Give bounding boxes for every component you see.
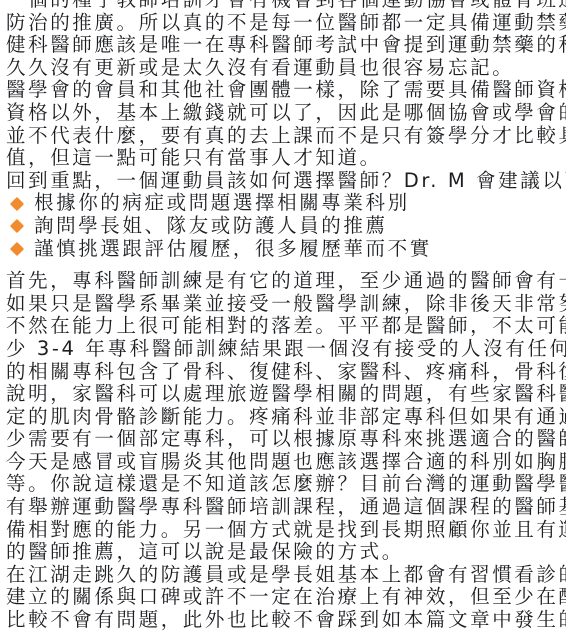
- list-item-text: 謹慎挑選跟評估履歷，很多履歷華而不實: [34, 238, 432, 261]
- text-line: 少需要有一個部定專科，可以根據原專科來挑選適合的醫師。當然如果: [6, 428, 566, 451]
- text-line: 今天是感冒或盲腸炎其他問題也應該選擇合適的科別如胸腔科、外科等: [6, 451, 566, 474]
- orange-diamond-icon: [10, 219, 24, 233]
- orange-diamond-icon: [10, 242, 24, 256]
- orange-diamond-icon: [10, 197, 24, 211]
- text-line: 健科醫師應該是唯一在專科醫師考試中會提到運動禁藥的科別，但如果: [6, 34, 566, 57]
- article-body: 一個的種子教師培訓才會有機會到各個運動協會或體育班進行運動禁藥 防治的推廣。所以…: [6, 0, 566, 632]
- text-line: 回到重點，一個運動員該如何選擇醫師？Dr. M 會建議以下幾點：: [6, 170, 566, 193]
- text-line: 久久沒有更新或是太久沒有看運動員也很容易忘記。: [6, 57, 566, 80]
- text-line: 建立的關係與口碑或許不一定在治療上有神效，但至少在配合或溝通上: [6, 586, 566, 609]
- text-line: 比較不會有問題，此外也比較不會踩到如本篇文章中發生的地雷。: [6, 609, 566, 632]
- text-line: 如果只是醫學系畢業並接受一般醫學訓練，除非後天非常努力地進修，: [6, 293, 566, 316]
- text-line: 一個的種子教師培訓才會有機會到各個運動協會或體育班進行運動禁藥: [6, 0, 566, 12]
- text-line: 值，但這一點可能只有當事人才知道。: [6, 147, 566, 170]
- text-line: 備相對應的能力。另一個方式就是找到長期照顧你並且有運動醫學背景: [6, 519, 566, 542]
- list-item-text: 根據你的病症或問題選擇相關專業科別: [34, 192, 410, 215]
- list-item: 根據你的病症或問題選擇相關專業科別: [6, 192, 566, 215]
- list-item: 詢問學長姐、隊友或防護人員的推薦: [6, 215, 566, 238]
- text-line: 定的肌肉骨骼診斷能力。疼痛科並非部定專科但如果有通過學會認證至: [6, 406, 566, 429]
- text-line: 首先，專科醫師訓練是有它的道理，至少通過的醫師會有一定的程度，: [6, 270, 566, 293]
- body-section: 首先，專科醫師訓練是有它的道理，至少通過的醫師會有一定的程度， 如果只是醫學系畢…: [6, 270, 566, 632]
- text-line: 說明，家醫科可以處理旅遊醫學相關的問題，有些家醫科醫師也具備一: [6, 383, 566, 406]
- list-item-text: 詢問學長姐、隊友或防護人員的推薦: [34, 215, 388, 238]
- text-line: 不然在能力上很可能相對的落差。平平都是醫師，不太可能有多接受至: [6, 315, 566, 338]
- text-line: 的醫師推薦，這可以說是最保險的方式。: [6, 541, 566, 564]
- text-line: 有舉辦運動醫學專科醫師培訓課程，通過這個課程的醫師基本上一定具: [6, 496, 566, 519]
- text-line: 資格以外，基本上繳錢就可以了，因此是哪個協會或學會的會員基本上: [6, 102, 566, 125]
- text-line: 醫學會的會員和其他社會團體一樣，除了需要具備醫師資格或專科醫師: [6, 79, 566, 102]
- list-item: 謹慎挑選跟評估履歷，很多履歷華而不實: [6, 238, 566, 261]
- intro-section: 一個的種子教師培訓才會有機會到各個運動協會或體育班進行運動禁藥 防治的推廣。所以…: [6, 0, 566, 192]
- recommendation-list: 根據你的病症或問題選擇相關專業科別 詢問學長姐、隊友或防護人員的推薦 謹慎挑選跟…: [6, 192, 566, 260]
- text-line: 並不代表什麼，要有真的去上課而不是只有簽學分才比較具有參考價: [6, 125, 566, 148]
- text-line: 在江湖走跳久的防護員或是學長姐基本上都會有習慣看診的醫師，長期: [6, 564, 566, 587]
- text-line: 的相關專科包含了骨科、復健科、家醫科、疼痛科，骨科復健科不多做: [6, 361, 566, 384]
- text-line: 少 3-4 年專科醫師訓練結果跟一個沒有接受的人沒有任何差別。常見: [6, 338, 566, 361]
- text-line: 防治的推廣。所以真的不是每一位醫師都一定具備運動禁藥的知識，復: [6, 12, 566, 35]
- text-line: 等。你說這樣還是不知道該怎麼辦？目前台灣的運動醫學醫學會 TASM: [6, 473, 566, 496]
